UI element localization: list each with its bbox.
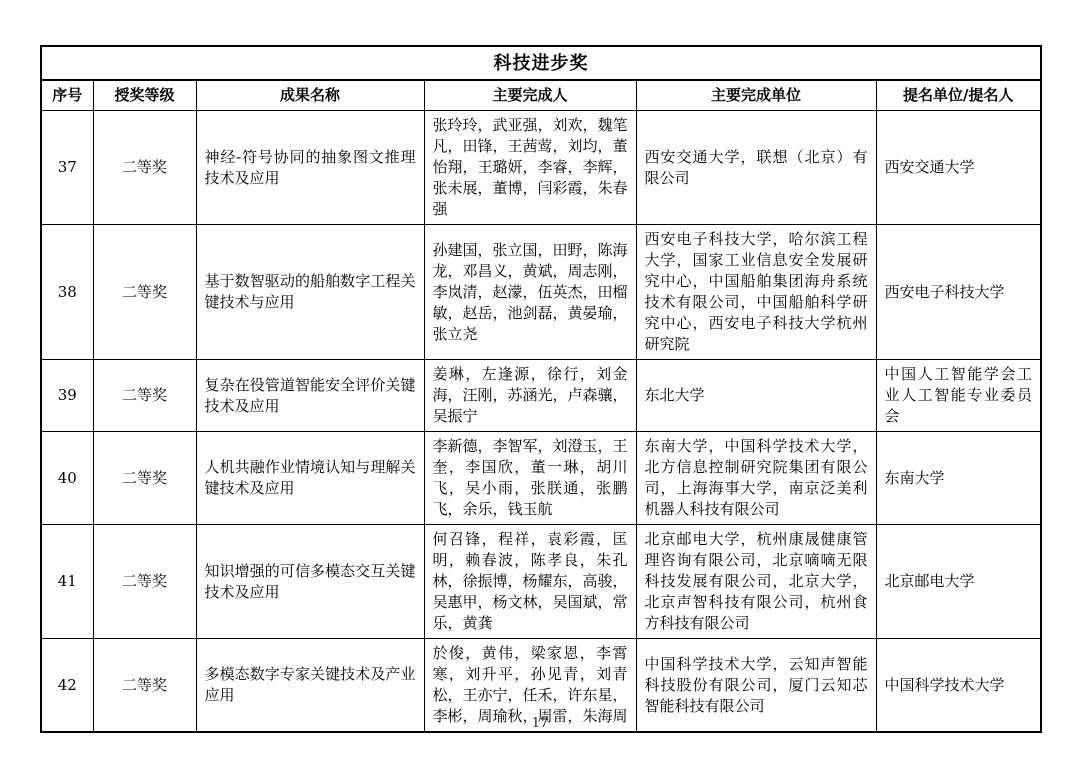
col-header-main-units: 主要完成单位 [636, 80, 876, 111]
cell-award-level: 二等奖 [93, 432, 196, 525]
cell-main-units: 西安电子科技大学，哈尔滨工程大学，国家工业信息安全发展研究中心，中国船舶集团海舟… [636, 225, 876, 360]
cell-achievement-name: 复杂在役管道智能安全评价关键技术及应用 [196, 360, 424, 432]
page-number: 17 [0, 716, 1080, 731]
col-header-award-level: 授奖等级 [93, 80, 196, 111]
cell-nominator: 北京邮电大学 [876, 525, 1041, 639]
table-body: 37 二等奖 神经-符号协同的抽象图文推理技术及应用 张玲玲，武亚强，刘欢，魏笔… [41, 111, 1041, 733]
cell-serial-number: 40 [41, 432, 93, 525]
table-row: 39 二等奖 复杂在役管道智能安全评价关键技术及应用 姜琳，左逢源，徐行，刘金海… [41, 360, 1041, 432]
cell-main-units: 东北大学 [636, 360, 876, 432]
col-header-main-contributors: 主要完成人 [424, 80, 636, 111]
cell-main-units: 西安交通大学，联想（北京）有限公司 [636, 111, 876, 225]
cell-achievement-name: 基于数智驱动的船舶数字工程关键技术与应用 [196, 225, 424, 360]
cell-serial-number: 41 [41, 525, 93, 639]
cell-nominator: 东南大学 [876, 432, 1041, 525]
cell-main-contributors: 李新德，李智军，刘澄玉，王奎，李国欣，董一琳，胡川飞，吴小雨，张朕通，张鹏飞，余… [424, 432, 636, 525]
table-row: 38 二等奖 基于数智驱动的船舶数字工程关键技术与应用 孙建国，张立国，田野，陈… [41, 225, 1041, 360]
cell-nominator: 西安交通大学 [876, 111, 1041, 225]
cell-award-level: 二等奖 [93, 225, 196, 360]
cell-main-contributors: 张玲玲，武亚强，刘欢，魏笔凡，田锋，王茜莺，刘均，董怡翔，王璐妍，李睿，李辉，张… [424, 111, 636, 225]
cell-award-level: 二等奖 [93, 525, 196, 639]
col-header-nominator: 提名单位/提名人 [876, 80, 1041, 111]
cell-award-level: 二等奖 [93, 360, 196, 432]
table-title: 科技进步奖 [41, 46, 1041, 80]
document-page: 科技进步奖 序号 授奖等级 成果名称 主要完成人 主要完成单位 提名单位/提名人… [0, 0, 1080, 764]
cell-main-contributors: 孙建国，张立国，田野，陈海龙，邓昌义，黄斌，周志刚，李岚清，赵濛，伍英杰，田榴敏… [424, 225, 636, 360]
cell-main-contributors: 姜琳，左逢源，徐行，刘金海，汪刚，苏涵光，卢森骧，吴振宁 [424, 360, 636, 432]
cell-serial-number: 38 [41, 225, 93, 360]
col-header-serial-number: 序号 [41, 80, 93, 111]
table-header-row: 序号 授奖等级 成果名称 主要完成人 主要完成单位 提名单位/提名人 [41, 80, 1041, 111]
cell-serial-number: 37 [41, 111, 93, 225]
cell-main-units: 北京邮电大学，杭州康晟健康管理咨询有限公司，北京嘀嘀无限科技发展有限公司，北京大… [636, 525, 876, 639]
table-row: 37 二等奖 神经-符号协同的抽象图文推理技术及应用 张玲玲，武亚强，刘欢，魏笔… [41, 111, 1041, 225]
award-table: 科技进步奖 序号 授奖等级 成果名称 主要完成人 主要完成单位 提名单位/提名人… [40, 45, 1042, 733]
cell-nominator: 中国人工智能学会工业人工智能专业委员会 [876, 360, 1041, 432]
cell-main-contributors: 何召锋，程祥，袁彩霞，匡明，赖春波，陈孝良，朱孔林，徐振博，杨耀东，高骏，吴惠甲… [424, 525, 636, 639]
cell-award-level: 二等奖 [93, 111, 196, 225]
cell-achievement-name: 神经-符号协同的抽象图文推理技术及应用 [196, 111, 424, 225]
table-row: 41 二等奖 知识增强的可信多模态交互关键技术及应用 何召锋，程祥，袁彩霞，匡明… [41, 525, 1041, 639]
table-title-row: 科技进步奖 [41, 46, 1041, 80]
cell-nominator: 西安电子科技大学 [876, 225, 1041, 360]
cell-achievement-name: 人机共融作业情境认知与理解关键技术及应用 [196, 432, 424, 525]
cell-serial-number: 39 [41, 360, 93, 432]
cell-achievement-name: 知识增强的可信多模态交互关键技术及应用 [196, 525, 424, 639]
table-row: 40 二等奖 人机共融作业情境认知与理解关键技术及应用 李新德，李智军，刘澄玉，… [41, 432, 1041, 525]
cell-main-units: 东南大学，中国科学技术大学，北方信息控制研究院集团有限公司，上海海事大学，南京泛… [636, 432, 876, 525]
col-header-achievement-name: 成果名称 [196, 80, 424, 111]
